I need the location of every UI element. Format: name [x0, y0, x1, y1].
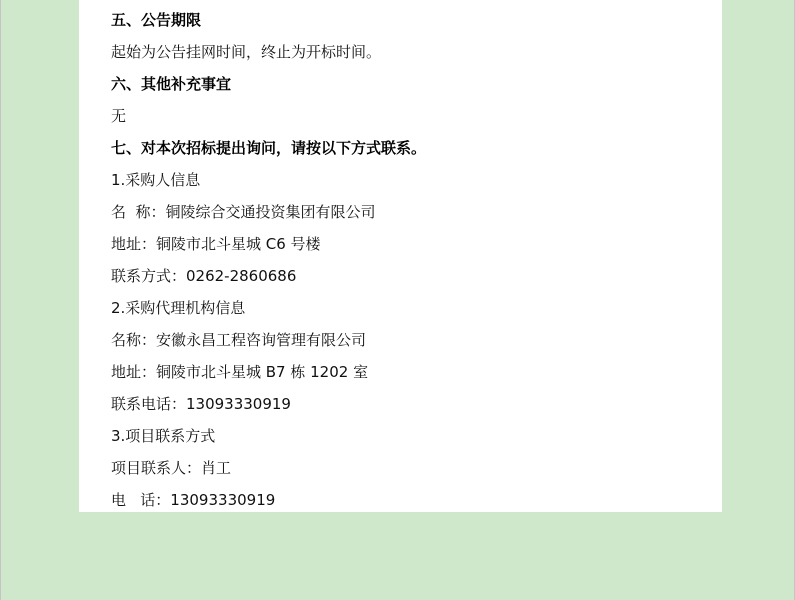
- other-matters-text: 无: [111, 106, 126, 126]
- agency-phone: 联系电话：13093330919: [111, 394, 291, 414]
- project-contact-person: 项目联系人：肖工: [111, 458, 231, 478]
- window-left-border: [0, 0, 1, 600]
- section-heading-contact: 七、对本次招标提出询问，请按以下方式联系。: [111, 138, 426, 158]
- purchaser-name: 名 称：铜陵综合交通投资集团有限公司: [111, 202, 376, 222]
- section-heading-announcement-period: 五、公告期限: [111, 10, 201, 30]
- document-page: 五、公告期限 起始为公告挂网时间，终止为开标时间。 六、其他补充事宜 无 七、对…: [79, 0, 722, 512]
- project-contact-heading: 3.项目联系方式: [111, 426, 215, 446]
- announcement-period-text: 起始为公告挂网时间，终止为开标时间。: [111, 42, 381, 62]
- purchaser-contact: 联系方式：0262-2860686: [111, 266, 296, 286]
- purchaser-address: 地址：铜陵市北斗星城 C6 号楼: [111, 234, 321, 254]
- project-contact-phone: 电 话：13093330919: [111, 490, 275, 510]
- agency-info-heading: 2.采购代理机构信息: [111, 298, 245, 318]
- purchaser-info-heading: 1.采购人信息: [111, 170, 200, 190]
- agency-name: 名称：安徽永昌工程咨询管理有限公司: [111, 330, 366, 350]
- agency-address: 地址：铜陵市北斗星城 B7 栋 1202 室: [111, 362, 368, 382]
- section-heading-other-matters: 六、其他补充事宜: [111, 74, 231, 94]
